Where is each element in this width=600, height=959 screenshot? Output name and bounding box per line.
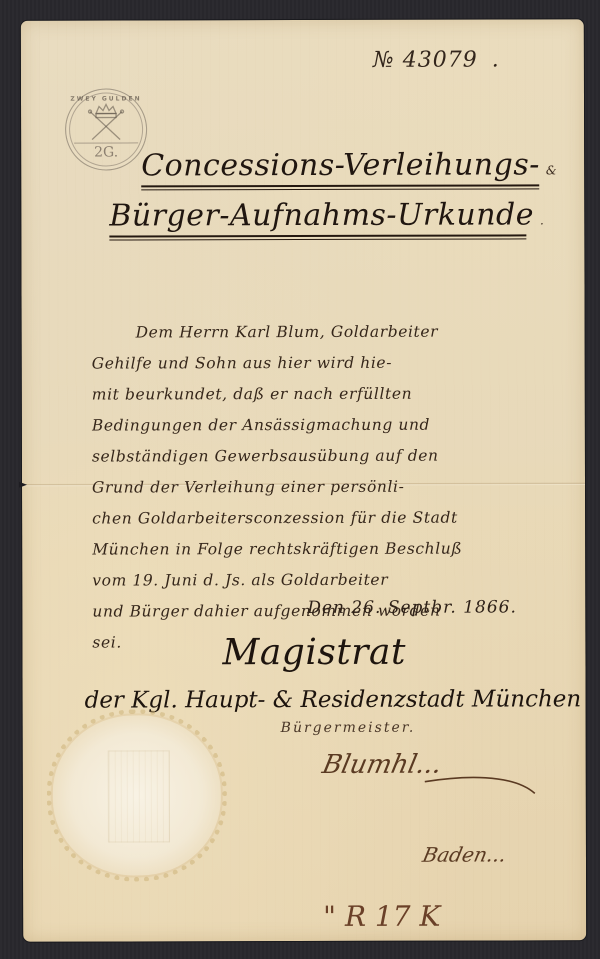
stamp-divider — [74, 142, 138, 143]
title-underline — [141, 184, 539, 187]
body-line: chen Goldarbeitersconzession für die Sta… — [92, 502, 592, 534]
body-line: Gehilfe und Sohn aus hier wird hie- — [92, 347, 592, 379]
issue-date: Den 26. Septbr. 1866. — [307, 597, 517, 618]
body-line: München in Folge rechtskräftigen Beschlu… — [92, 533, 592, 565]
body-line: selbständigen Gewerbsausübung auf den — [92, 440, 592, 472]
title-line-2-suffix: . — [540, 213, 544, 227]
revenue-stamp: ZWEY GULDEN 2G. — [65, 88, 147, 170]
number-value: 43079 — [403, 48, 478, 73]
number-prefix: № — [373, 48, 395, 73]
body-line: Bedingungen der Ansässigmachung und — [92, 409, 592, 441]
issuing-authority: der Kgl. Haupt- & Residenzstadt München — [85, 686, 582, 713]
title-underline-thin — [109, 238, 526, 240]
document-title-line-2: Bürger-Aufnahms-Urkunde. — [109, 197, 544, 233]
title-line-1-suffix: & — [546, 163, 557, 177]
title-line-2-text: Bürger-Aufnahms-Urkunde — [109, 197, 534, 233]
title-underline-thin — [141, 188, 539, 190]
document-sheet: № 43079 . ZWEY GULDEN 2G. Concessions-Ve… — [21, 19, 586, 941]
number-suffix: . — [492, 47, 500, 72]
embossed-paper-seal — [53, 715, 221, 875]
title-underline — [109, 234, 526, 237]
second-signature: Baden... — [420, 842, 508, 866]
document-title-line-1: Concessions-Verleihungs-& — [141, 147, 557, 183]
title-line-1-text: Concessions-Verleihungs- — [141, 147, 540, 183]
reference-mark: " R 17 K — [323, 900, 440, 933]
body-line: vom 19. Juni d. Js. als Goldarbeiter — [92, 564, 592, 596]
stamp-value: 2G. — [66, 144, 146, 160]
seal-emblem — [108, 750, 170, 842]
signature-flourish-icon — [423, 763, 543, 803]
fold-notch — [19, 482, 27, 488]
document-number: № 43079 . — [373, 47, 500, 72]
issuer-heading: Magistrat — [222, 632, 406, 673]
body-line: Grund der Verleihung einer persönli- — [92, 471, 592, 503]
body-line: mit beurkundet, daß er nach erfüllten — [92, 378, 592, 410]
body-line: Dem Herrn Karl Blum, Goldarbeiter — [92, 316, 592, 348]
mayor-title: Bürgermeister. — [281, 720, 416, 736]
